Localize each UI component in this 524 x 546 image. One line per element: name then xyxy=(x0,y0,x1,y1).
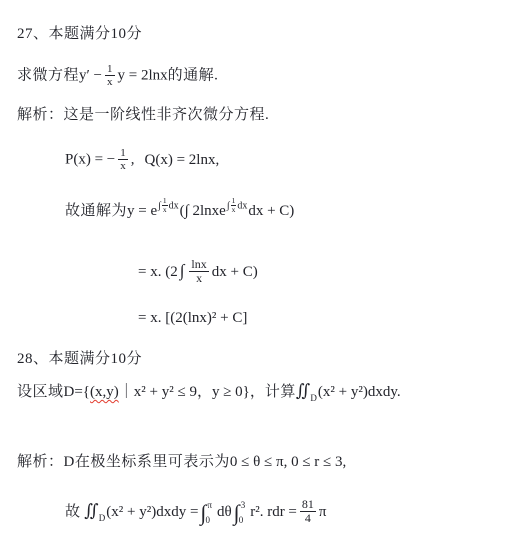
exponent-integral-1-over-x: ∫1xdx xyxy=(227,197,248,215)
problem-27-prefix: 求微方程 xyxy=(17,68,79,84)
integral-0-to-3: ∫30 xyxy=(234,501,249,525)
integral-0-to-pi: ∫π0 xyxy=(200,501,215,525)
integral-icon: ∫ xyxy=(180,261,185,280)
tiny-fraction: 1x xyxy=(162,197,168,215)
fraction-81-over-4: 814 xyxy=(300,498,316,525)
problem-27-heading: 27、本题满分10分 xyxy=(17,22,142,43)
upper-bound: π xyxy=(207,501,212,510)
y-equals-e: y = e xyxy=(127,203,157,219)
q-of-x: Q(x) = 2lnx, xyxy=(145,152,220,168)
dtheta: dθ xyxy=(217,504,232,520)
double-integral-icon: ∬ xyxy=(84,501,98,520)
compute-verb: 计算 xyxy=(265,384,296,400)
problem-28-statement: 设区域D={(x,y)｜x² + y² ≤ 9，y ≥ 0}，计算∬D(x² +… xyxy=(17,380,401,403)
exponent-integral-1-over-x: ∫1xdx xyxy=(158,197,179,215)
double-integral-over-d: ∬D xyxy=(84,504,106,520)
lower-bound: 0 xyxy=(205,516,210,525)
solution-step-2: = x. (2∫lnxxdx + C) xyxy=(138,258,258,285)
domain-subscript: D xyxy=(99,513,106,523)
xy-pair-spellcheck: (x,y) xyxy=(90,384,119,400)
problem-27-analysis: 解析：这是一阶线性非齐次微分方程. xyxy=(17,103,269,124)
solution-middle: (∫ 2lnxe xyxy=(180,203,226,219)
tiny-fraction: 1x xyxy=(231,197,237,215)
lower-bound: 0 xyxy=(239,516,244,525)
final-left-expression: (x² + y²)dxdy = xyxy=(106,504,198,520)
equation-lhs: y′ − xyxy=(79,68,102,84)
solution-tail: dx + C) xyxy=(248,203,294,219)
polar-range: 0 ≤ θ ≤ π, 0 ≤ r ≤ 3, xyxy=(230,454,346,470)
set-condition: ｜x² + y² ≤ 9，y ≥ 0}， xyxy=(119,384,265,400)
therefore-text: 故 xyxy=(65,504,81,520)
p-of-x: P(x) = − xyxy=(65,152,115,168)
double-integral-icon: ∬ xyxy=(296,381,310,400)
step2-tail: dx + C) xyxy=(212,264,258,280)
fraction-lnx-over-x: lnxx xyxy=(189,258,208,285)
domain-subscript: D xyxy=(310,393,317,403)
separator-comma: , xyxy=(131,152,135,168)
r-squared-rdr: r². rdr = xyxy=(250,504,297,520)
problem-27-suffix: 的通解. xyxy=(168,68,219,84)
upper-bound: 3 xyxy=(241,501,246,510)
step2-lead: = x. (2 xyxy=(138,264,178,280)
problem-28-heading: 28、本题满分10分 xyxy=(17,347,142,368)
problem-28-final-line: 故 ∬D(x² + y²)dxdy =∫π0dθ∫30r². rdr =814π xyxy=(65,498,326,525)
fraction-1-over-x: 1x xyxy=(105,63,115,88)
document-page: 27、本题满分10分 求微方程y′ −1xy = 2lnx的通解. 解析：这是一… xyxy=(0,0,524,546)
pq-definition-line: P(x) = −1x,Q(x) = 2lnx, xyxy=(65,147,219,172)
solution-lead-text: 故通解为 xyxy=(65,203,127,219)
general-solution-line: 故通解为y = e∫1xdx(∫ 2lnxe∫1xdxdx + C) xyxy=(65,199,294,221)
analysis-lead: 解析：D在极坐标系里可表示为 xyxy=(17,454,230,470)
double-integral-over-d: ∬D xyxy=(296,384,318,400)
fraction-1-over-x: 1x xyxy=(118,147,128,172)
problem-28-prefix: 设区域 xyxy=(17,384,64,400)
problem-28-analysis: 解析：D在极坐标系里可表示为0 ≤ θ ≤ π, 0 ≤ r ≤ 3, xyxy=(17,450,346,471)
integrand: (x² + y²)dxdy. xyxy=(318,384,401,400)
set-open: D={ xyxy=(64,384,91,400)
solution-step-3: = x. [(2(lnx)² + C] xyxy=(138,310,247,327)
pi-symbol: π xyxy=(319,504,327,520)
equation-rhs: y = 2lnx xyxy=(118,68,168,84)
problem-27-statement: 求微方程y′ −1xy = 2lnx的通解. xyxy=(17,63,218,88)
